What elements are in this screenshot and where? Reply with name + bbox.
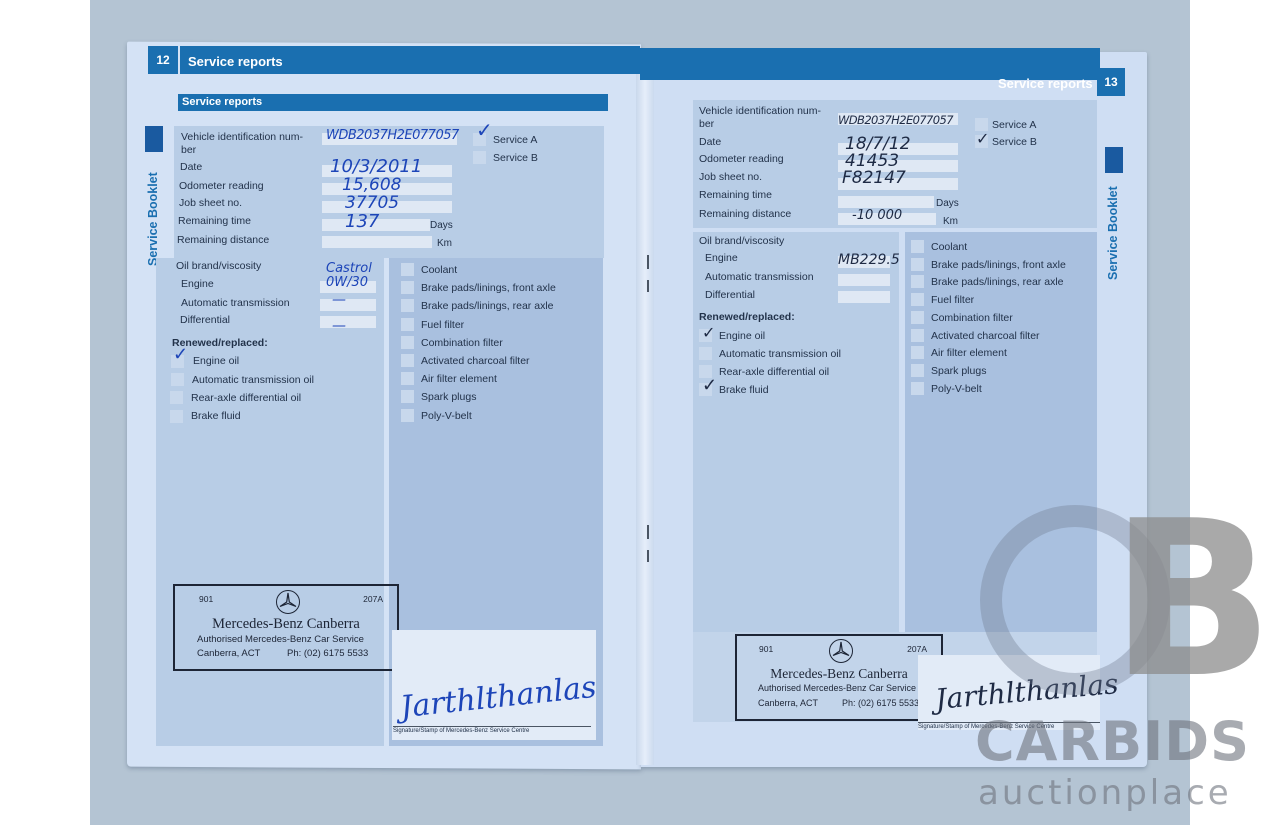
field-label-odometer: Odometer reading bbox=[179, 180, 264, 193]
section-title: Service reports bbox=[178, 94, 608, 111]
checkbox-poly-v-belt[interactable] bbox=[911, 382, 924, 395]
watermark-brand: CARBIDS bbox=[975, 710, 1250, 773]
renewed-item: Rear-axle differential oil bbox=[719, 366, 829, 379]
oil-panel bbox=[156, 258, 384, 746]
checkbox-spark-plugs[interactable] bbox=[401, 390, 414, 403]
staple bbox=[647, 525, 649, 539]
service-b-label: Service B bbox=[493, 152, 538, 165]
oil-differential-field[interactable] bbox=[838, 291, 890, 303]
checkbox-combination-filter[interactable] bbox=[401, 336, 414, 349]
field-label-date: Date bbox=[180, 161, 202, 174]
renewed-item: Rear-axle differential oil bbox=[191, 392, 301, 405]
field-label-remaining-distance: Remaining distance bbox=[699, 208, 791, 221]
service-a-label: Service A bbox=[493, 134, 537, 147]
renewed-item: Engine oil bbox=[719, 330, 765, 343]
checkbox-auto-trans-oil[interactable] bbox=[699, 347, 712, 360]
side-tab-label: Service Booklet bbox=[146, 172, 160, 266]
unit-days: Days bbox=[430, 220, 453, 231]
checkbox-activated-charcoal-filter[interactable] bbox=[401, 354, 414, 367]
renewed-item: Automatic transmission oil bbox=[719, 348, 841, 361]
signature-caption: Signature/Stamp of Mercedes-Benz Service… bbox=[393, 726, 591, 734]
checkbox-brake-pads-linings-front-axle[interactable] bbox=[401, 281, 414, 294]
checkbox-fuel-filter[interactable] bbox=[401, 318, 414, 331]
oil-engine-value: MB229.5 bbox=[838, 252, 900, 268]
stamp-line: Authorised Mercedes-Benz Car Service bbox=[197, 634, 364, 645]
oil-heading: Oil brand/viscosity bbox=[699, 235, 784, 248]
checklist-item-label: Fuel filter bbox=[931, 294, 974, 307]
side-tab: Service Booklet bbox=[1105, 147, 1123, 173]
service-a-label: Service A bbox=[992, 119, 1036, 132]
oil-differential-value: — bbox=[332, 318, 346, 334]
checklist-item-label: Coolant bbox=[421, 264, 457, 277]
dealer-stamp: 901 207A Mercedes-Benz Canberra Authoris… bbox=[735, 634, 943, 721]
header-title: Service reports bbox=[998, 76, 1093, 91]
watermark-tagline: auctionplace bbox=[978, 773, 1232, 813]
field-label-remaining-distance: Remaining distance bbox=[177, 234, 269, 247]
checklist-item-label: Poly-V-belt bbox=[931, 383, 982, 396]
checkmark-icon: ✓ bbox=[976, 133, 989, 147]
stamp-dealer-name: Mercedes-Benz Canberra bbox=[175, 616, 397, 633]
watermark-logo-b: B bbox=[1110, 505, 1274, 695]
page-number: 12 bbox=[148, 46, 178, 74]
booklet-spine bbox=[636, 60, 654, 765]
checkbox-fuel-filter[interactable] bbox=[911, 293, 924, 306]
checkbox-coolant[interactable] bbox=[401, 263, 414, 276]
checkbox-brake-pads-linings-rear-axle[interactable] bbox=[401, 299, 414, 312]
renewed-item: Brake fluid bbox=[191, 410, 241, 423]
date-value: 10/3/2011 bbox=[330, 156, 422, 177]
oil-auto-trans-label: Automatic transmission bbox=[705, 271, 814, 284]
stamp-city: Canberra, ACT bbox=[758, 698, 818, 708]
unit-km: Km bbox=[943, 216, 958, 227]
remaining-distance-field[interactable] bbox=[322, 236, 432, 248]
oil-engine-label: Engine bbox=[181, 278, 214, 291]
checkmark-icon: ✓ bbox=[702, 327, 715, 341]
checklist-item-label: Brake pads/linings, front axle bbox=[421, 282, 556, 295]
checkbox-service-b[interactable] bbox=[473, 151, 486, 164]
checkbox-activated-charcoal-filter[interactable] bbox=[911, 329, 924, 342]
checklist-item-label: Brake pads/linings, rear axle bbox=[931, 276, 1064, 289]
vin-value: WDB2037H2E077057 bbox=[838, 113, 953, 127]
stamp-code-left: 901 bbox=[759, 644, 773, 654]
mercedes-star-icon bbox=[829, 639, 853, 663]
checkbox-air-filter-element[interactable] bbox=[401, 372, 414, 385]
checkbox-rear-axle-oil[interactable] bbox=[170, 391, 183, 404]
checklist-item-label: Air filter element bbox=[931, 347, 1007, 360]
checklist-item-label: Poly-V-belt bbox=[421, 410, 472, 423]
checklist-item-label: Brake pads/linings, front axle bbox=[931, 259, 1066, 272]
checkbox-brake-pads-linings-front-axle[interactable] bbox=[911, 258, 924, 271]
field-label-vin: Vehicle identification num- ber bbox=[181, 131, 303, 157]
checkbox-brake-fluid[interactable] bbox=[170, 410, 183, 423]
staple bbox=[647, 550, 649, 562]
stamp-phone: Ph: (02) 6175 5533 bbox=[842, 698, 919, 708]
field-label-job-sheet: Job sheet no. bbox=[179, 197, 242, 210]
oil-auto-trans-field[interactable] bbox=[320, 299, 376, 311]
stamp-phone: Ph: (02) 6175 5533 bbox=[287, 648, 368, 659]
stamp-city: Canberra, ACT bbox=[197, 648, 260, 659]
renewed-item: Engine oil bbox=[193, 355, 239, 368]
field-label-remaining-time: Remaining time bbox=[699, 189, 772, 202]
checklist-item-label: Brake pads/linings, rear axle bbox=[421, 300, 554, 313]
mercedes-star-icon bbox=[276, 590, 300, 614]
checklist-item-label: Spark plugs bbox=[931, 365, 986, 378]
checkbox-service-a[interactable] bbox=[975, 118, 988, 131]
field-label-date: Date bbox=[699, 136, 721, 149]
stamp-dealer-name: Mercedes-Benz Canberra bbox=[737, 666, 941, 682]
dealer-stamp: 901 207A Mercedes-Benz Canberra Authoris… bbox=[173, 584, 399, 671]
oil-differential-label: Differential bbox=[705, 289, 755, 302]
checklist-item-label: Air filter element bbox=[421, 373, 497, 386]
oil-auto-trans-value: — bbox=[332, 292, 346, 308]
checklist-item-label: Activated charcoal filter bbox=[421, 355, 530, 368]
remaining-distance-value: -10 000 bbox=[852, 208, 902, 223]
side-tab: Service Booklet bbox=[145, 126, 163, 152]
renewed-item: Brake fluid bbox=[719, 384, 769, 397]
checkmark-icon: ✓ bbox=[702, 378, 717, 392]
header-title: Service reports bbox=[188, 54, 283, 69]
stamp-code-right: 207A bbox=[363, 594, 383, 604]
staple bbox=[647, 255, 649, 269]
unit-days: Days bbox=[936, 198, 959, 209]
renewed-heading: Renewed/replaced: bbox=[699, 311, 795, 324]
checklist-item-label: Coolant bbox=[931, 241, 967, 254]
renewed-item: Automatic transmission oil bbox=[192, 374, 314, 387]
odometer-value: 15,608 bbox=[342, 175, 401, 195]
stamp-code-left: 901 bbox=[199, 594, 213, 604]
checkbox-brake-pads-linings-rear-axle[interactable] bbox=[911, 275, 924, 288]
checklist-item-label: Combination filter bbox=[931, 312, 1013, 325]
oil-differential-label: Differential bbox=[180, 314, 230, 327]
unit-km: Km bbox=[437, 238, 452, 249]
service-b-label: Service B bbox=[992, 136, 1037, 149]
staple bbox=[647, 280, 649, 292]
field-label-vin: Vehicle identification num- ber bbox=[699, 105, 821, 131]
page-number: 13 bbox=[1097, 68, 1125, 96]
oil-auto-trans-label: Automatic transmission bbox=[181, 297, 290, 310]
checklist-item-label: Fuel filter bbox=[421, 319, 464, 332]
checkmark-icon: ✓ bbox=[476, 124, 493, 138]
job-sheet-value: 37705 bbox=[345, 193, 399, 213]
job-sheet-value: F82147 bbox=[842, 168, 906, 188]
field-label-job-sheet: Job sheet no. bbox=[699, 171, 762, 184]
remaining-time-value: 137 bbox=[345, 211, 379, 232]
checklist-item-label: Spark plugs bbox=[421, 391, 476, 404]
stamp-line: Authorised Mercedes-Benz Car Service bbox=[758, 683, 916, 693]
field-label-remaining-time: Remaining time bbox=[178, 215, 251, 228]
checklist-item-label: Combination filter bbox=[421, 337, 503, 350]
field-label-odometer: Odometer reading bbox=[699, 153, 784, 166]
checkmark-icon: ✓ bbox=[173, 347, 188, 361]
oil-engine-value: Castrol 0W/30 bbox=[326, 262, 386, 290]
checkbox-coolant[interactable] bbox=[911, 240, 924, 253]
oil-auto-trans-field[interactable] bbox=[838, 274, 890, 286]
oil-heading: Oil brand/viscosity bbox=[176, 260, 261, 273]
oil-engine-label: Engine bbox=[705, 252, 738, 265]
oil-differential-field[interactable] bbox=[320, 316, 376, 328]
checkbox-combination-filter[interactable] bbox=[911, 311, 924, 324]
checkbox-air-filter-element[interactable] bbox=[911, 346, 924, 359]
checkbox-poly-v-belt[interactable] bbox=[401, 409, 414, 422]
stamp-code-right: 207A bbox=[907, 644, 927, 654]
checkbox-auto-trans-oil[interactable] bbox=[171, 373, 184, 386]
side-tab-label: Service Booklet bbox=[1106, 186, 1120, 280]
vin-value: WDB2037H2E077057 bbox=[326, 128, 459, 143]
checkbox-spark-plugs[interactable] bbox=[911, 364, 924, 377]
checklist-item-label: Activated charcoal filter bbox=[931, 330, 1040, 343]
scribble-mark bbox=[852, 197, 886, 203]
